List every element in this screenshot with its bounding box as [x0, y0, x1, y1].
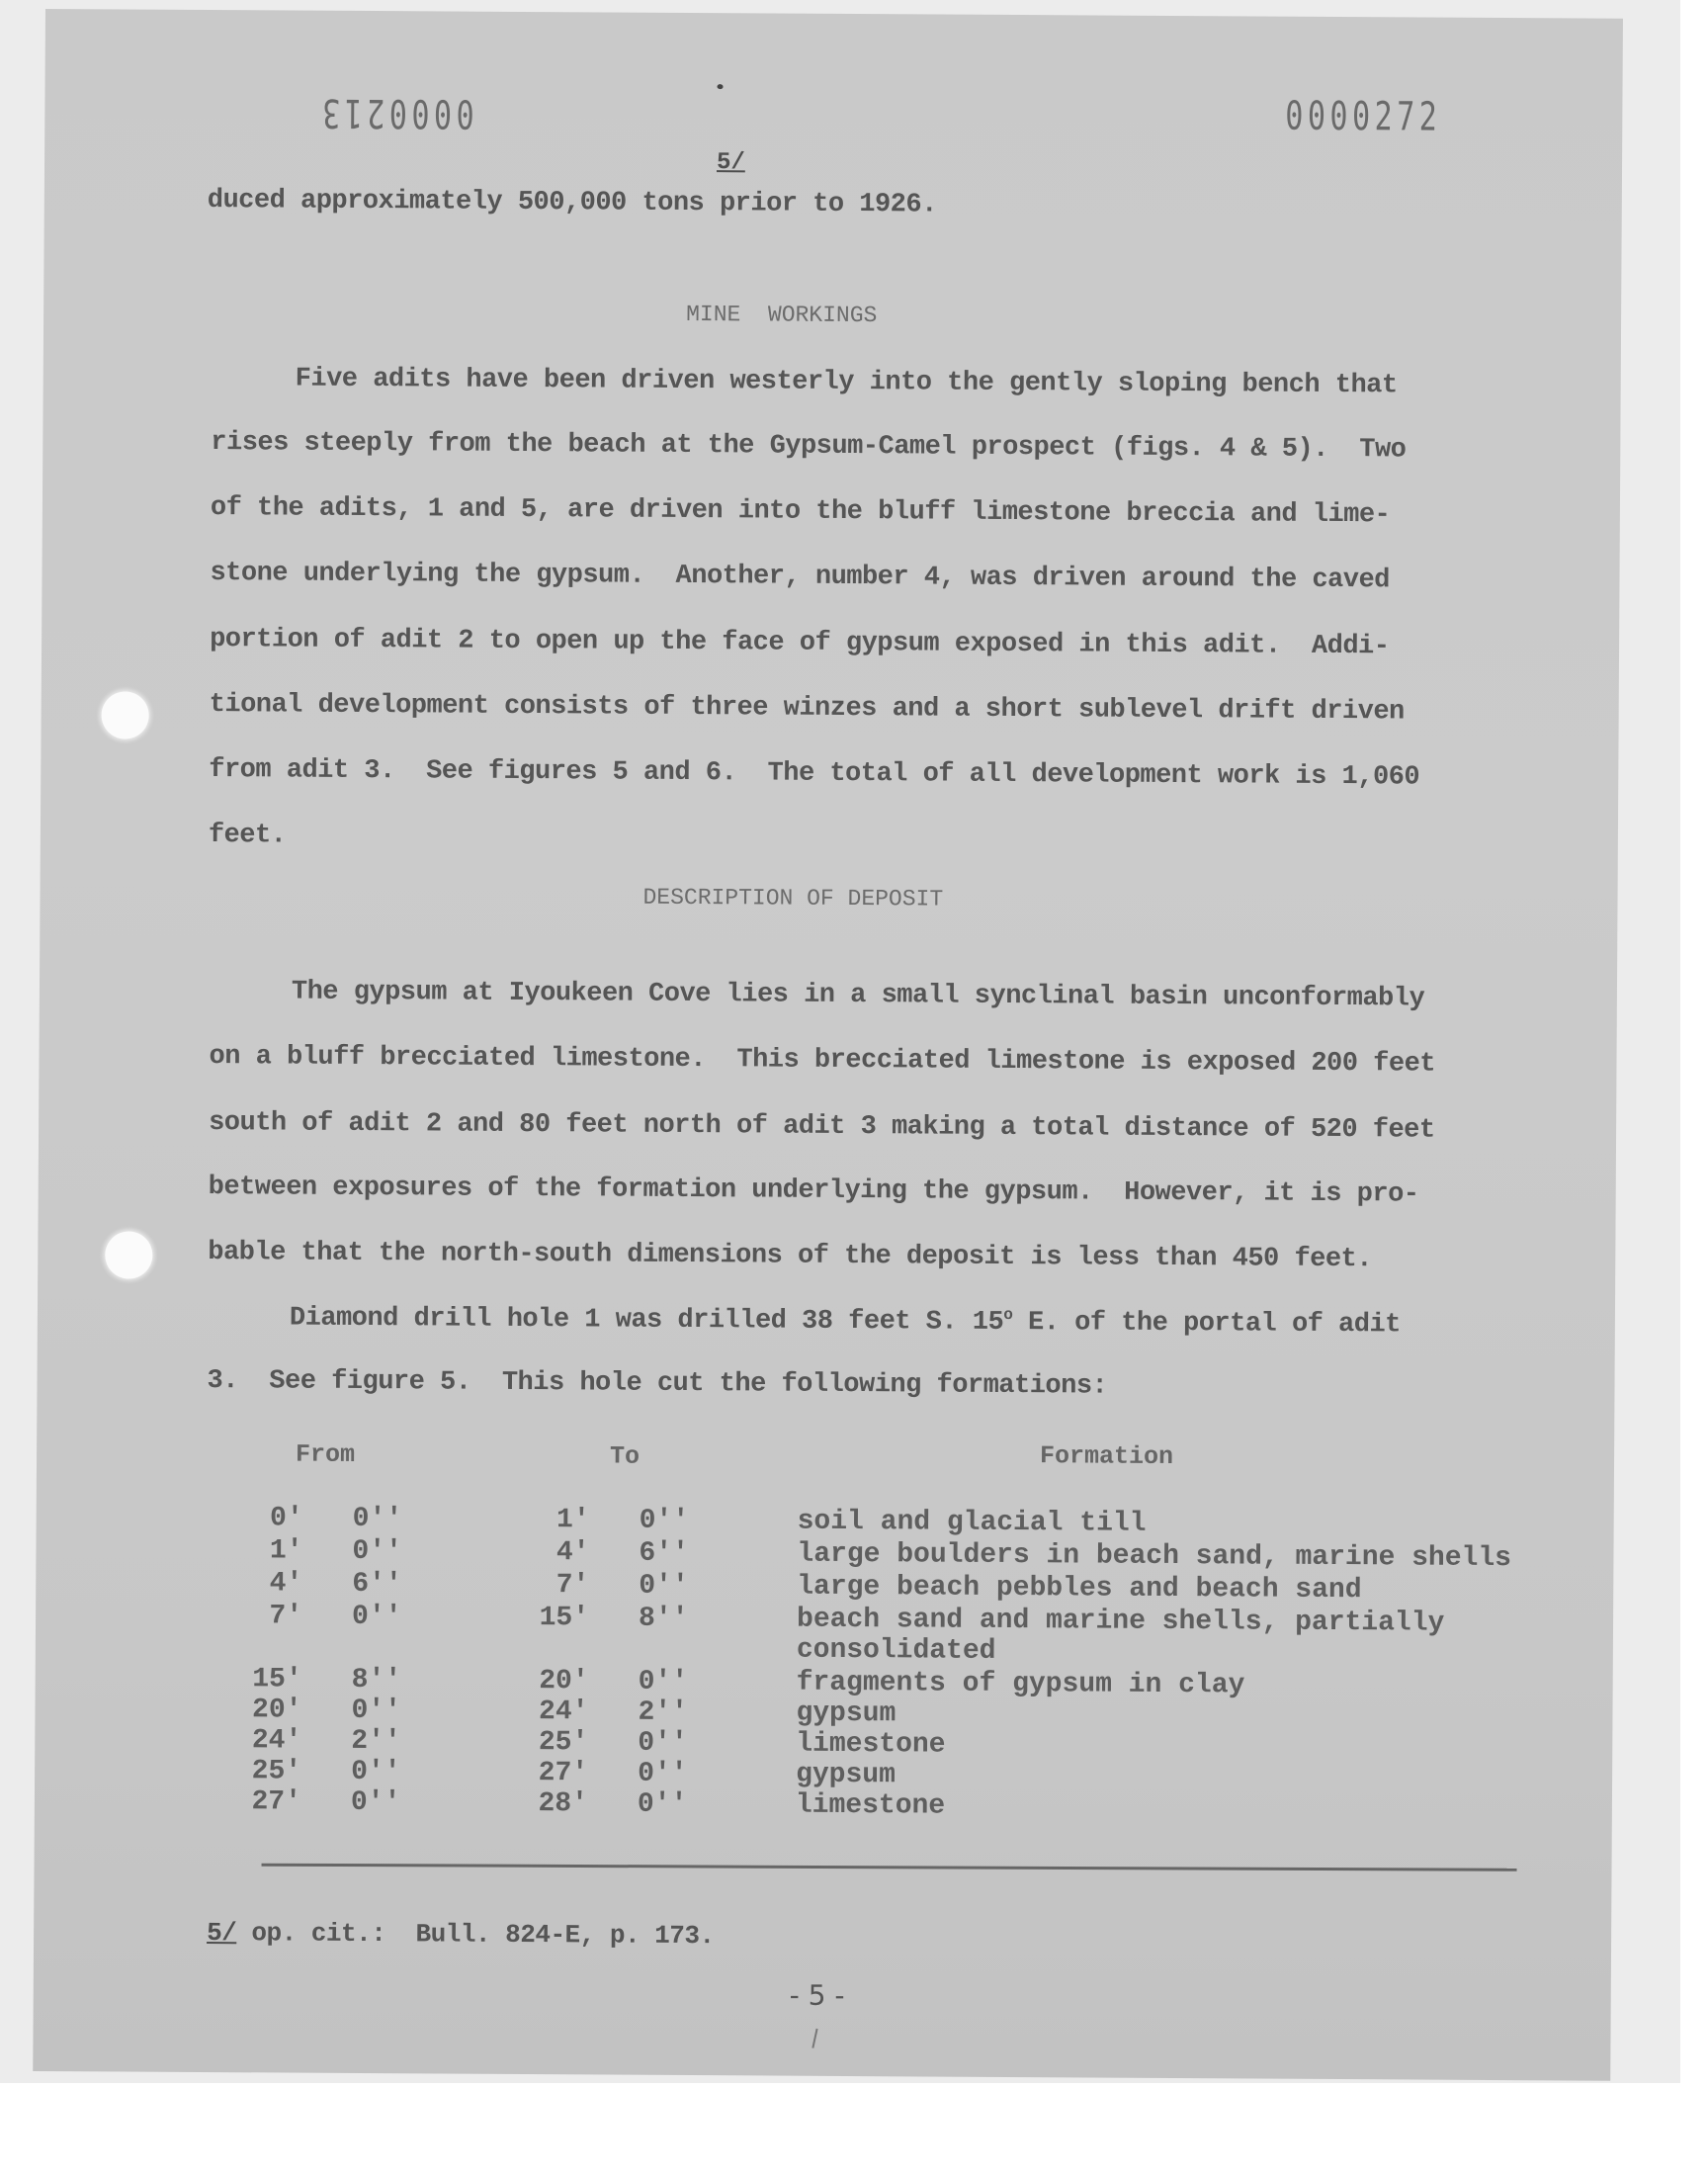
from-inches: 0'' [351, 1696, 420, 1726]
paragraph-line: stone underlying the gypsum. Another, nu… [210, 559, 1390, 595]
paragraph-line: 3. See figure 5. This hole cut the follo… [207, 1366, 1107, 1402]
pencil-mark [811, 2029, 817, 2048]
punch-hole-bottom [105, 1231, 152, 1278]
column-header-formation: Formation [1040, 1441, 1173, 1471]
to-inches: 0'' [640, 1506, 709, 1536]
from-inches: 6'' [352, 1569, 421, 1600]
paragraph-line: feet. [209, 821, 287, 850]
to-feet: 1' [531, 1505, 590, 1535]
paragraph-line: of the adits, 1 and 5, are driven into t… [211, 493, 1391, 530]
paragraph-line: between exposures of the formation under… [209, 1173, 1419, 1209]
to-feet: 15' [530, 1603, 589, 1633]
formation-continued: consolidated [797, 1635, 996, 1667]
to-inches: 0'' [638, 1789, 707, 1820]
formation: soil and glacial till [798, 1507, 1147, 1539]
section-heading-description-of-deposit: DESCRIPTION OF DEPOSIT [642, 885, 943, 913]
to-feet: 7' [530, 1570, 589, 1601]
formation: beach sand and marine shells, partially [797, 1605, 1444, 1639]
to-feet: 28' [529, 1788, 588, 1819]
ink-speck [718, 84, 724, 89]
to-inches: 0'' [639, 1571, 708, 1602]
from-feet: 7' [243, 1601, 302, 1631]
formation: large beach pebbles and beach sand [797, 1572, 1361, 1606]
punch-hole-top [101, 691, 148, 739]
from-feet: 25' [242, 1756, 301, 1786]
from-inches: 0'' [352, 1536, 421, 1567]
footnote-reference: 5/ [717, 149, 745, 176]
from-feet: 15' [243, 1664, 302, 1695]
footnote: 5/ op. cit.: Bull. 824-E, p. 173. [207, 1918, 715, 1951]
from-inches: 0'' [351, 1757, 420, 1787]
from-feet: 24' [242, 1725, 301, 1756]
to-inches: 0'' [639, 1667, 708, 1697]
paragraph-line-text: Diamond drill hole 1 was drilled 38 feet… [290, 1304, 1003, 1338]
paragraph-line: south of adit 2 and 80 feet north of adi… [209, 1108, 1435, 1146]
from-feet: 4' [243, 1568, 302, 1599]
paragraph-line: tional development consists of three win… [210, 690, 1405, 727]
opening-line: duced approximately 500,000 tons prior t… [208, 186, 937, 220]
from-feet: 27' [242, 1786, 301, 1817]
page-number: - 5 - [790, 1979, 845, 2012]
column-header-from: From [296, 1440, 355, 1469]
column-header-to: To [610, 1442, 640, 1471]
footnote-text: op. cit.: Bull. 824-E, p. 173. [236, 1918, 714, 1951]
formation: gypsum [796, 1760, 896, 1791]
document-page: 0000213 0000272 5/ duced approximately 5… [33, 9, 1623, 2081]
formation: gypsum [796, 1698, 896, 1730]
bates-stamp-inverted: 0000213 [318, 90, 474, 136]
footnote-divider [262, 1864, 1517, 1871]
to-inches: 0'' [638, 1728, 707, 1759]
paragraph-line: The gypsum at Iyoukeen Cove lies in a sm… [292, 978, 1424, 1014]
from-inches: 0'' [352, 1602, 421, 1632]
paragraph-line: Diamond drill hole 1 was drilled 38 feet… [290, 1302, 1401, 1341]
paragraph-line: on a bluff brecciated limestone. This br… [209, 1042, 1435, 1080]
from-inches: 0'' [353, 1504, 422, 1534]
from-inches: 0'' [351, 1787, 420, 1818]
paragraph-line: from adit 3. See figures 5 and 6. The to… [209, 755, 1419, 792]
to-inches: 6'' [639, 1538, 708, 1569]
to-feet: 20' [530, 1666, 589, 1696]
formation: limestone [796, 1790, 945, 1822]
paragraph-line: Five adits have been driven westerly int… [296, 365, 1398, 401]
footnote-marker: 5/ [207, 1918, 236, 1948]
formation: limestone [796, 1729, 945, 1761]
to-feet: 24' [529, 1696, 588, 1727]
to-inches: 8'' [639, 1604, 708, 1634]
from-feet: 20' [242, 1695, 301, 1725]
bates-stamp: 0000272 [1285, 94, 1441, 140]
paragraph-line: portion of adit 2 to open up the face of… [210, 625, 1390, 661]
to-feet: 4' [530, 1537, 589, 1568]
paragraph-line: rises steeply from the beach at the Gyps… [211, 428, 1406, 465]
to-inches: 0'' [638, 1759, 707, 1789]
from-inches: 8'' [352, 1665, 421, 1696]
formation: fragments of gypsum in clay [797, 1668, 1245, 1701]
to-feet: 25' [529, 1727, 588, 1758]
from-inches: 2'' [351, 1726, 420, 1757]
from-feet: 1' [243, 1535, 302, 1566]
section-heading-mine-workings: MINE WORKINGS [686, 302, 877, 328]
from-feet: 0' [244, 1503, 303, 1533]
paragraph-line-tail: E. of the portal of adit [1012, 1308, 1401, 1340]
to-inches: 2'' [638, 1697, 707, 1728]
formation: large boulders in beach sand, marine she… [797, 1539, 1511, 1574]
to-feet: 27' [529, 1758, 588, 1788]
paragraph-line: bable that the north-south dimensions of… [208, 1238, 1372, 1274]
